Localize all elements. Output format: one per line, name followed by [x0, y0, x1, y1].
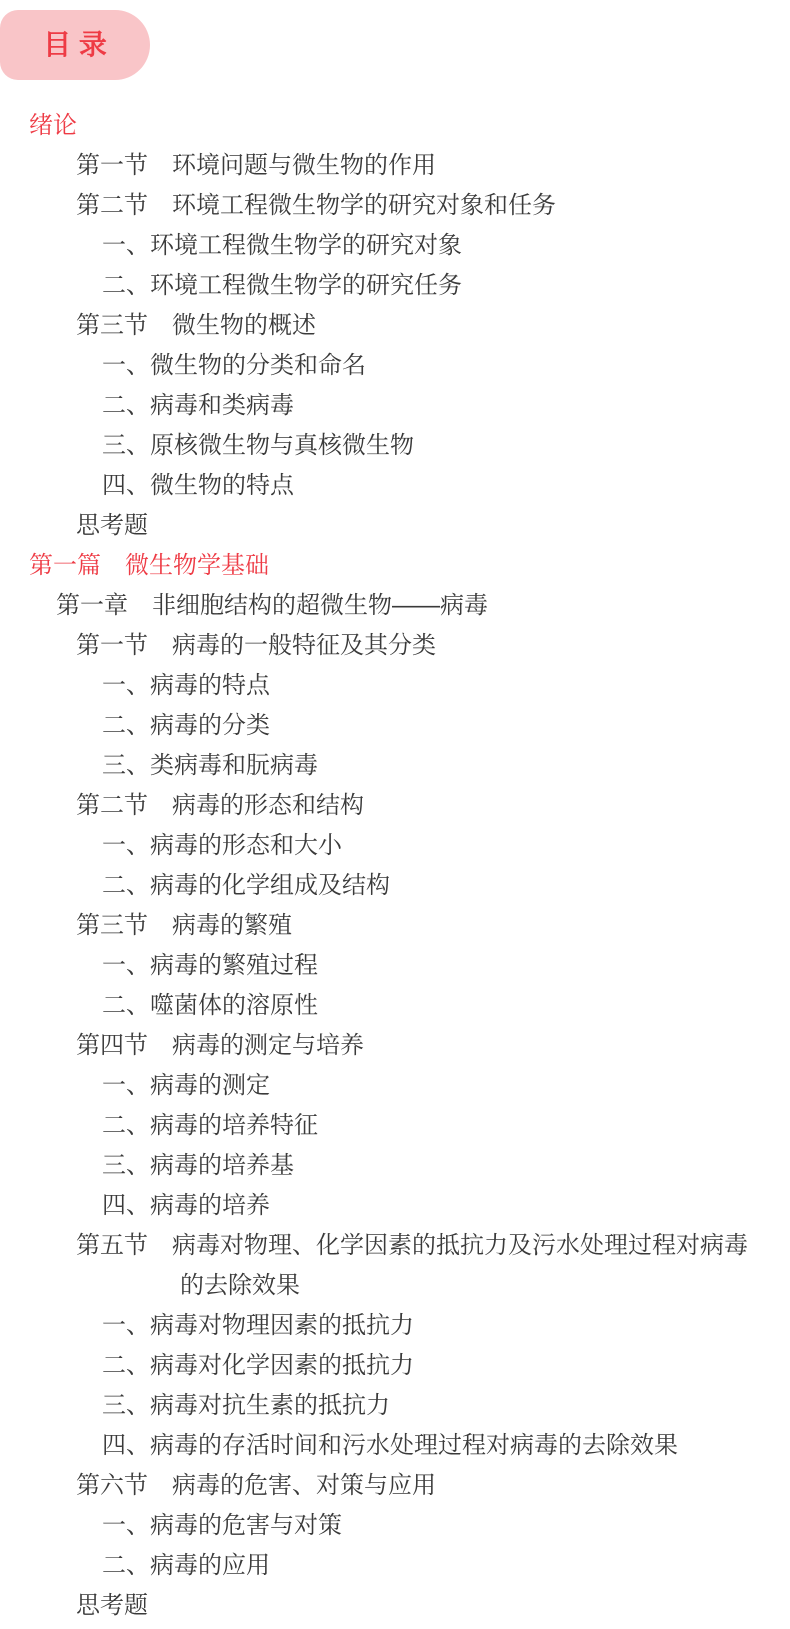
toc-header-title: 目 录	[43, 31, 107, 59]
toc-item-sub: 四、病毒的存活时间和污水处理过程对病毒的去除效果	[0, 1426, 760, 1466]
toc-item-sub: 四、病毒的培养	[0, 1186, 760, 1226]
toc-item-sub: 二、病毒的分类	[0, 706, 760, 746]
toc-item-sub: 一、微生物的分类和命名	[0, 346, 760, 386]
toc-header-badge: 目 录	[0, 10, 150, 80]
toc-item-section: 第二节 病毒的形态和结构	[0, 786, 760, 826]
toc-item-sub: 一、病毒的测定	[0, 1066, 760, 1106]
toc-item-section: 思考题	[0, 506, 760, 546]
toc-item-section: 第一节 病毒的一般特征及其分类	[0, 626, 760, 666]
toc-item-sub: 四、微生物的特点	[0, 466, 760, 506]
toc-item-sub: 一、病毒的危害与对策	[0, 1506, 760, 1546]
toc-item-sub: 二、病毒对化学因素的抵抗力	[0, 1346, 760, 1386]
toc-item-sub: 二、病毒的培养特征	[0, 1106, 760, 1146]
toc-item-section: 第一节 环境问题与微生物的作用	[0, 146, 760, 186]
toc-item-chapter: 第一章 非细胞结构的超微生物——病毒	[0, 586, 760, 626]
toc-item-section: 思考题	[0, 1586, 760, 1626]
toc-item-sub: 一、病毒的繁殖过程	[0, 946, 760, 986]
toc-item-sub: 二、噬菌体的溶原性	[0, 986, 760, 1026]
toc-item-sub: 三、原核微生物与真核微生物	[0, 426, 760, 466]
toc-item-sub: 一、环境工程微生物学的研究对象	[0, 226, 760, 266]
toc-item-section: 第三节 病毒的繁殖	[0, 906, 760, 946]
toc-item-section: 第二节 环境工程微生物学的研究对象和任务	[0, 186, 760, 226]
toc-item-sub: 一、病毒的形态和大小	[0, 826, 760, 866]
toc-item-sub: 一、病毒对物理因素的抵抗力	[0, 1306, 760, 1346]
toc-item-sub: 三、类病毒和朊病毒	[0, 746, 760, 786]
toc-item-section: 第四节 病毒的测定与培养	[0, 1026, 760, 1066]
toc-item-sub: 二、病毒的化学组成及结构	[0, 866, 760, 906]
toc-item-sub: 三、病毒对抗生素的抵抗力	[0, 1386, 760, 1426]
toc-item-section: 第五节 病毒对物理、化学因素的抵抗力及污水处理过程对病毒的去除效果	[0, 1226, 760, 1306]
toc-item-part: 绪论	[0, 106, 760, 146]
toc-item-section: 第六节 病毒的危害、对策与应用	[0, 1466, 760, 1506]
toc-list: 绪论第一节 环境问题与微生物的作用第二节 环境工程微生物学的研究对象和任务一、环…	[0, 106, 790, 1626]
toc-item-sub: 二、病毒的应用	[0, 1546, 760, 1586]
toc-item-sub: 二、病毒和类病毒	[0, 386, 760, 426]
toc-item-sub: 一、病毒的特点	[0, 666, 760, 706]
toc-item-part: 第一篇 微生物学基础	[0, 546, 760, 586]
toc-page: 目 录 绪论第一节 环境问题与微生物的作用第二节 环境工程微生物学的研究对象和任…	[0, 0, 790, 1629]
toc-item-sub: 二、环境工程微生物学的研究任务	[0, 266, 760, 306]
toc-item-sub: 三、病毒的培养基	[0, 1146, 760, 1186]
toc-item-section: 第三节 微生物的概述	[0, 306, 760, 346]
